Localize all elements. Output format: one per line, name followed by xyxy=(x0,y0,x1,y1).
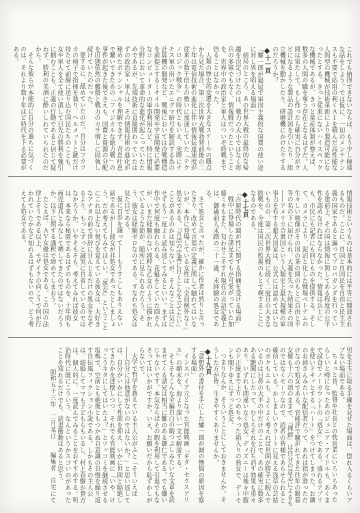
scene-title: 「耀一郎が寝屋で軍国主義的な国費の使い途に対し異を唱える場面」 xyxy=(248,46,263,171)
body-paragraph: 仮に百歩を譲って――もうすこしもありえない話であるが――彼女が非処女であったとし… xyxy=(48,190,122,332)
body-paragraph: 人類の歴史的変遷を大きなスケールの観点から見た場合、第二次世界大戦勃発前後の二十… xyxy=(85,46,211,171)
body-paragraph: 戦中に登場した諸兄までもが可愛がっていた加藤ミキもまた、匂わせこそすれ現在の言語… xyxy=(204,190,234,332)
vertical-text-flow-2: 情報技術というものは基本的には平等に開放されるものだ。ことに、自国と自国民を自由… xyxy=(8,190,352,332)
diamond-marker-icon: ◆ xyxy=(203,347,212,356)
scene-title: 「意想外の書付を手にした耀一郎が圓の懊悩の原因を察する場面」 xyxy=(189,347,204,509)
page-ref-label: 十九頁 xyxy=(204,356,211,375)
body-paragraph: 情報技術というものは基本的には平等に開放されるものだ。ことに、自国と自国民を自由… xyxy=(248,190,352,332)
scanned-book-page: これでも納得できないならば、もう少し極端な話をしよう。では仮に、一切のメンテナン… xyxy=(0,0,360,513)
scene-title: 「吉原時代の圓が性に関する指摘を受ける場面」 xyxy=(234,190,241,332)
vertical-text-flow-3: 男を手玉に取る手練を見せた場面は、惚れ入るくらいアブない場面である。 ちょっと昔… xyxy=(8,347,352,509)
body-paragraph: 結局のところ、あの世界大戦の最終的な帰趨を決定づけたのは、戦力の大小ではなく将兵… xyxy=(211,46,248,171)
diamond-marker-icon: ◆ xyxy=(263,46,272,55)
vertical-text-flow-1: これでも納得できないならば、もう少し極端な話をしよう。では仮に、一切のメンテナン… xyxy=(8,46,352,171)
body-paragraph: つまりなんか、そういうことにしておきませんか。そうした方が皆、生きやすくありませ… xyxy=(211,347,226,509)
section-header: ◆十一頁 xyxy=(263,46,270,171)
body-paragraph: ちょっと昔、監督や社長との枕営業にいろいろあったらしいと噂になったあのジュニア・… xyxy=(226,347,337,509)
body-paragraph: さて処女と言ったが、確かに作者は然りと言ったきり、改めて言葉の定義に関して触れて… xyxy=(122,190,203,332)
body-paragraph: そんな彼らが本能的に自分の過ちに気づくのは、それより数十年ほど時代を下る必要があ… xyxy=(11,46,33,171)
page-ref-label: 十七頁 xyxy=(241,199,248,218)
section-page-17: 情報技術というものは基本的には平等に開放されるものだ。ことに、自国と自国民を自由… xyxy=(0,177,360,337)
section-page-11: これでも納得できないならば、もう少し極端な話をしよう。では仮に、一切のメンテナン… xyxy=(0,0,360,176)
page-ref-label: 十一頁 xyxy=(264,55,271,74)
section-page-19: 男を手玉に取る手練を見せた場面は、惚れ入るくらいアブない場面である。 ちょっと昔… xyxy=(0,338,360,513)
body-paragraph: たとえば、ＡＶ女優は処女である。この国の法律上そうである以上、モザイクの向こうで… xyxy=(19,190,49,332)
body-paragraph: 要するに、舐めていたのだ。自分はフカフカの椅子で指揮を執り、ヘルメットと銃だけ持… xyxy=(34,46,86,171)
body-paragraph: インスパイア元となった官能映画『ギタ・セクスアリス』の顛末を、海より深い一文で解… xyxy=(174,347,189,509)
body-paragraph: 大学で哲学を教えている主人公がふと「そういえば――自分には他意がないのではないか… xyxy=(56,347,137,509)
signature-line: 昭和五十三年 二月某日 編集者 自宅にて xyxy=(48,347,55,509)
body-paragraph: これでも納得できないならば、もう少し極端な話をしよう。では仮に、一切のメンテナン… xyxy=(271,46,352,171)
body-paragraph: 男を手玉に取る手練を見せた場面は、惚れ入るくらいアブない場面である。 xyxy=(337,347,352,509)
section-header: ◆十七頁 xyxy=(241,190,248,332)
section-header: ◆十九頁 xyxy=(204,347,211,509)
diamond-marker-icon: ◆ xyxy=(240,190,249,199)
body-paragraph: そもそもこんな全編自白の暇つぶしみたいな文章を読ませてくる諸兄は相当に難のある御… xyxy=(137,347,174,509)
